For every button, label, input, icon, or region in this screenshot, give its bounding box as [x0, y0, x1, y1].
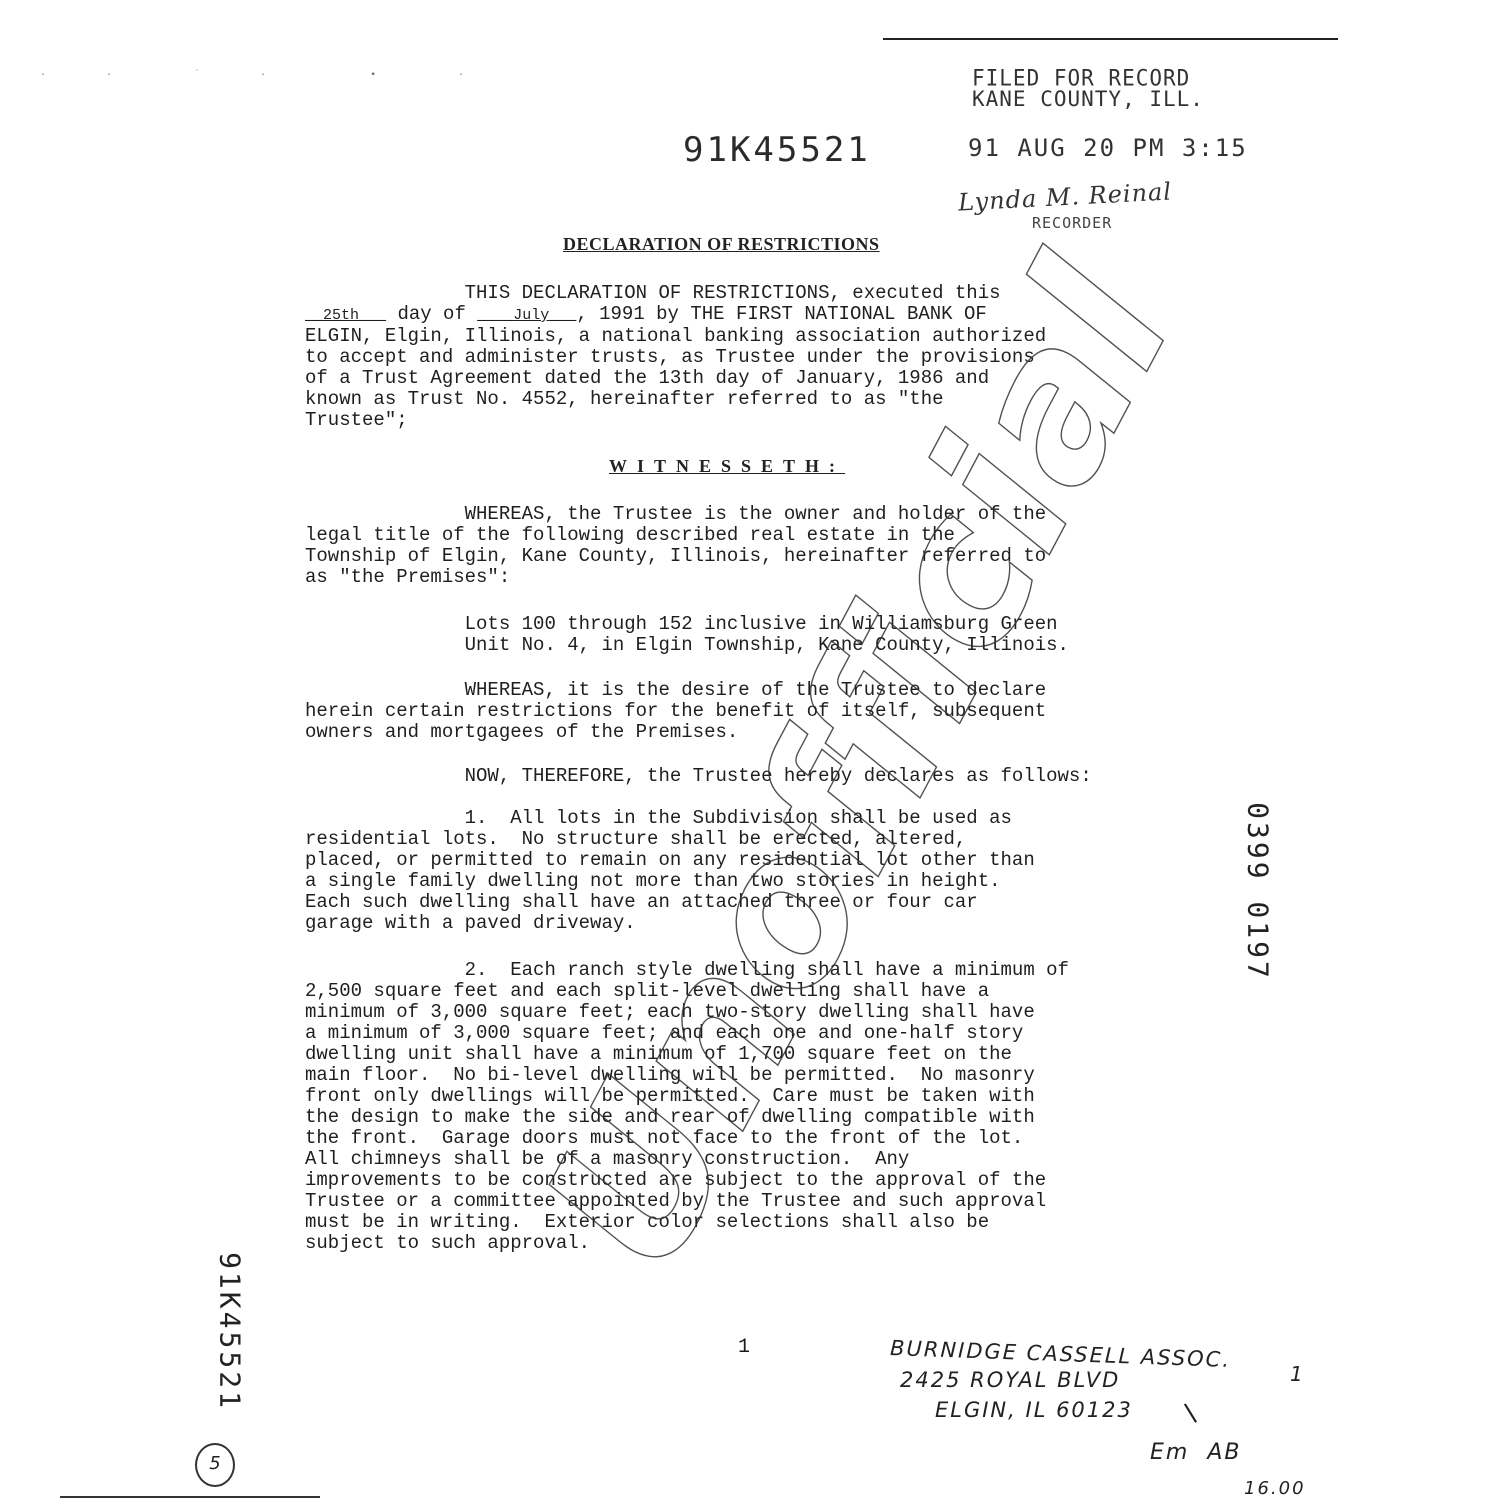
return-address-line1: BURNIDGE CASSELL ASSOC. — [890, 1336, 1232, 1372]
recording-fee: 16.00 — [1244, 1478, 1306, 1499]
whereas-paragraph-1: WHEREAS, the Trustee is the owner and ho… — [305, 504, 1205, 588]
intro-line1: THIS DECLARATION OF RESTRICTIONS, execut… — [305, 282, 1001, 304]
circled-page-mark: 5 — [195, 1443, 235, 1487]
witnesseth-heading: WITNESSETH: — [609, 456, 845, 477]
recorder-title: RECORDER — [1032, 216, 1112, 231]
top-rule-line — [883, 38, 1338, 40]
restriction-item-2: 2. Each ranch style dwelling shall have … — [305, 960, 1205, 1254]
document-title: DECLARATION OF RESTRICTIONS — [563, 234, 880, 255]
bottom-rule-line — [60, 1496, 320, 1498]
handwritten-tick-1: 1 — [1290, 1362, 1305, 1386]
right-margin-book-page-number: 0399 0197 — [1242, 792, 1275, 992]
handwritten-initials: Em AB — [1150, 1440, 1241, 1465]
now-therefore-paragraph: NOW, THEREFORE, the Trustee hereby decla… — [305, 766, 1205, 787]
legal-description: Lots 100 through 152 inclusive in Willia… — [305, 614, 1205, 656]
intro-paragraph: THIS DECLARATION OF RESTRICTIONS, execut… — [305, 283, 1205, 431]
intro-rest: ELGIN, Elgin, Illinois, a national banki… — [305, 325, 1046, 431]
handwritten-tick-2: \ — [1180, 1397, 1202, 1429]
restriction-item-1: 1. All lots in the Subdivision shall be … — [305, 808, 1205, 934]
scan-specks: · · ˙ · ▪ · — [40, 70, 480, 81]
return-address-line2: 2425 ROYAL BLVD — [900, 1368, 1120, 1392]
recording-stamp-datetime: 91 AUG 20 PM 3:15 — [968, 136, 1248, 160]
day-fill: __25th___ — [305, 307, 386, 324]
whereas-paragraph-2: WHEREAS, it is the desire of the Trustee… — [305, 680, 1205, 743]
page-number: 1 — [738, 1336, 750, 1359]
month-fill: ____July___ — [477, 307, 576, 324]
recording-stamp-line2: KANE COUNTY, ILL. — [972, 89, 1204, 110]
recorder-signature: Lynda M. Reinal — [957, 177, 1172, 216]
document-number: 91K45521 — [683, 130, 871, 170]
left-margin-document-number: 91K45521 — [214, 1232, 247, 1432]
return-address-line3: ELGIN, IL 60123 — [935, 1398, 1133, 1422]
